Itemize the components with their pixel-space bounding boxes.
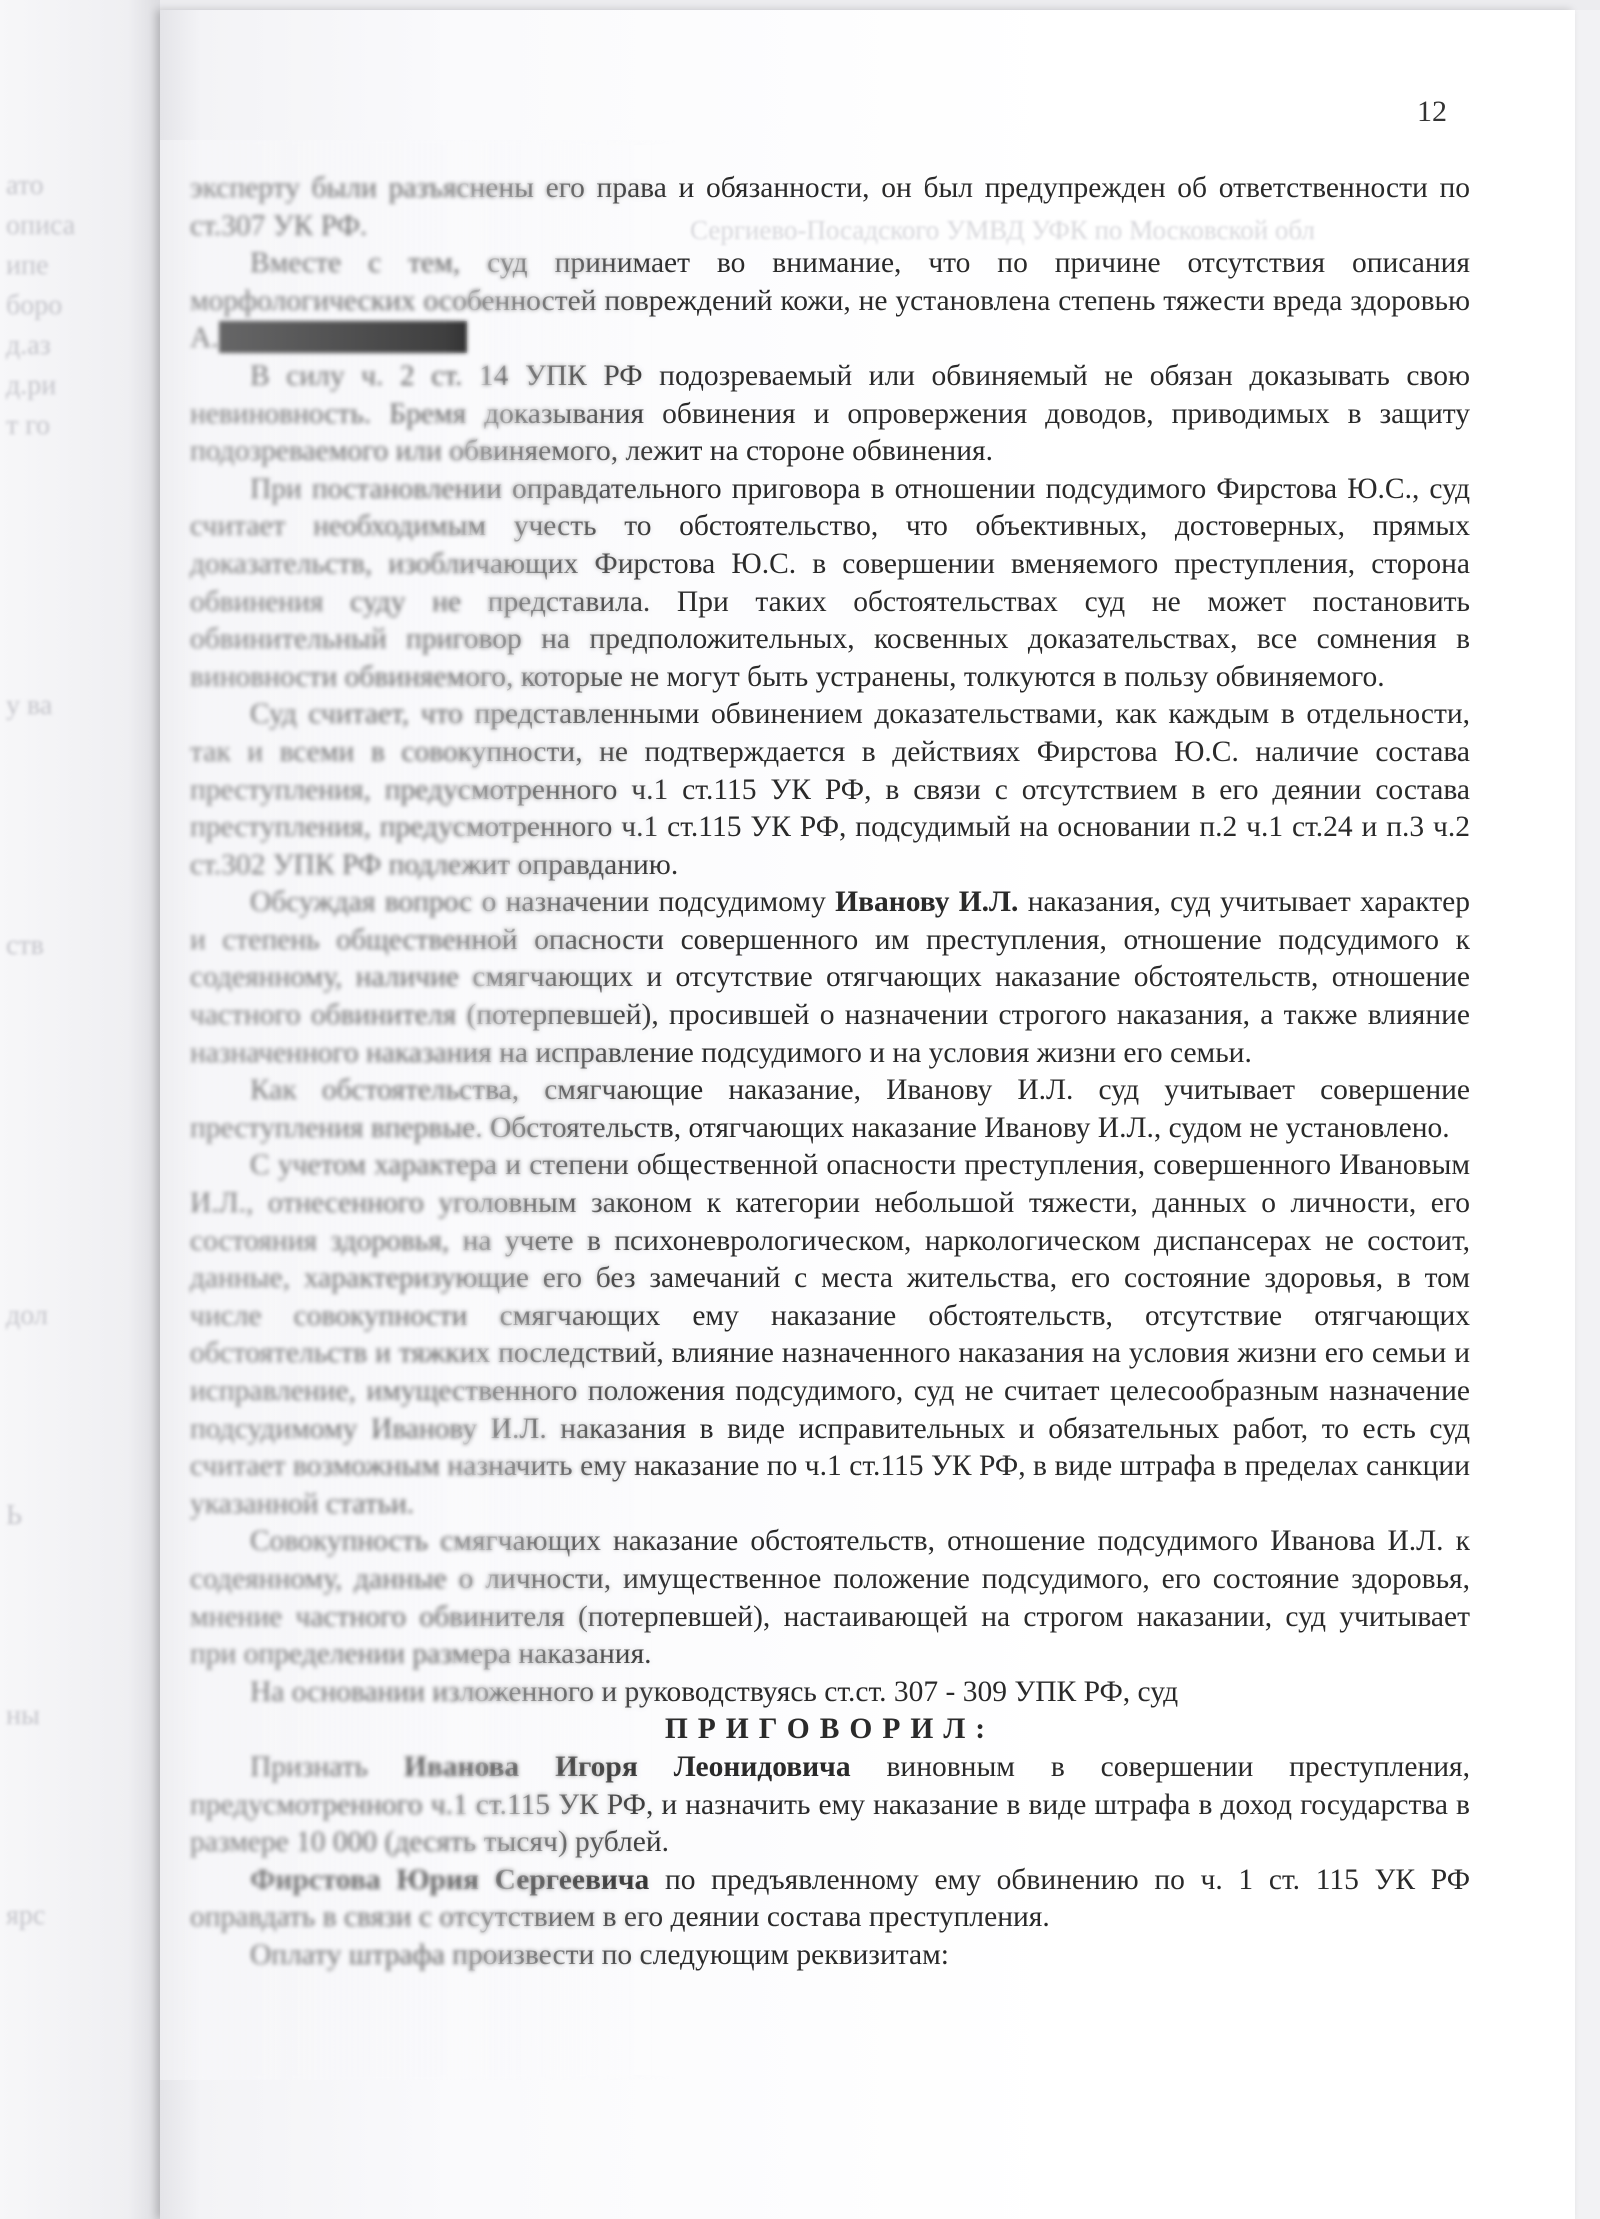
paragraph: На основании изложенного и руководствуяс… <box>190 1674 1470 1712</box>
paragraph: В силу ч. 2 ст. 14 УПК РФ подозреваемый … <box>190 358 1470 471</box>
redaction-box <box>219 321 467 353</box>
paragraph: Оплату штрафа произвести по следующим ре… <box>190 1937 1470 1975</box>
paragraph: С учетом характера и степени общественно… <box>190 1147 1470 1523</box>
underlying-page-text: ств <box>6 930 44 962</box>
paragraph: Фирстова Юрия Сергеевича по предъявленно… <box>190 1862 1470 1937</box>
bold-name: Иванову И.Л. <box>835 886 1018 918</box>
paragraph: Суд считает, что представленными обвинен… <box>190 696 1470 884</box>
text-run: Обсуждая вопрос о назначении подсудимому <box>250 886 835 918</box>
text-run: Оплату штрафа произвести по следующим ре… <box>250 1939 949 1971</box>
underlying-page-text: ато <box>6 170 44 202</box>
text-run: Суд считает, что представленными обвинен… <box>190 698 1470 880</box>
underlying-page-text: боро <box>6 290 62 322</box>
document-page: 12 Сергиево-Посадского УМВД УФК по Моско… <box>160 10 1575 2219</box>
text-run: При постановлении оправдательного пригов… <box>190 473 1470 693</box>
underlying-page-text: д.аз <box>6 330 51 362</box>
underlying-page-edge: ато описа ипе боро д.аз д.ри т го у ва с… <box>0 0 160 2219</box>
underlying-page-text: ны <box>6 1700 40 1732</box>
paragraph: Обсуждая вопрос о назначении подсудимому… <box>190 884 1470 1072</box>
underlying-page-text: ипе <box>6 250 48 282</box>
underlying-page-text: описа <box>6 210 75 242</box>
page-number: 12 <box>1417 95 1447 129</box>
underlying-page-text: ярс <box>6 1900 45 1932</box>
paragraph: Как обстоятельства, смягчающие наказание… <box>190 1072 1470 1147</box>
text-run: С учетом характера и степени общественно… <box>190 1149 1470 1519</box>
document-body: эксперту были разъяснены его права и обя… <box>190 170 1470 1975</box>
underlying-page-text: д.ри <box>6 370 56 402</box>
text-run: Совокупность смягчающих наказание обстоя… <box>190 1525 1470 1670</box>
underlying-page-text: у ва <box>6 690 52 722</box>
paragraph: Совокупность смягчающих наказание обстоя… <box>190 1523 1470 1673</box>
text-run: эксперту были разъяснены его права и обя… <box>190 172 1470 242</box>
underlying-page-text: т го <box>6 410 50 442</box>
underlying-page-text: Ь <box>6 1500 22 1532</box>
underlying-page-text: дол <box>6 1300 48 1332</box>
bold-name: Фирстова Юрия Сергеевича <box>250 1864 649 1896</box>
paragraph: При постановлении оправдательного пригов… <box>190 471 1470 697</box>
paragraph: Признать Иванова Игоря Леонидовича винов… <box>190 1749 1470 1862</box>
bold-name: ПРИГОВОРИЛ: <box>665 1713 995 1745</box>
verdict-heading: ПРИГОВОРИЛ: <box>190 1711 1470 1749</box>
paragraph: Вместе с тем, суд принимает во внимание,… <box>190 245 1470 358</box>
sheet-top-edge <box>160 0 1600 10</box>
text-run: Признать <box>250 1751 404 1783</box>
text-run: Как обстоятельства, смягчающие наказание… <box>190 1074 1470 1144</box>
text-run: В силу ч. 2 ст. 14 УПК РФ подозреваемый … <box>190 360 1470 467</box>
text-run: На основании изложенного и руководствуяс… <box>250 1676 1178 1708</box>
paragraph: эксперту были разъяснены его права и обя… <box>190 170 1470 245</box>
bold-name: Иванова Игоря Леонидовича <box>404 1751 851 1783</box>
